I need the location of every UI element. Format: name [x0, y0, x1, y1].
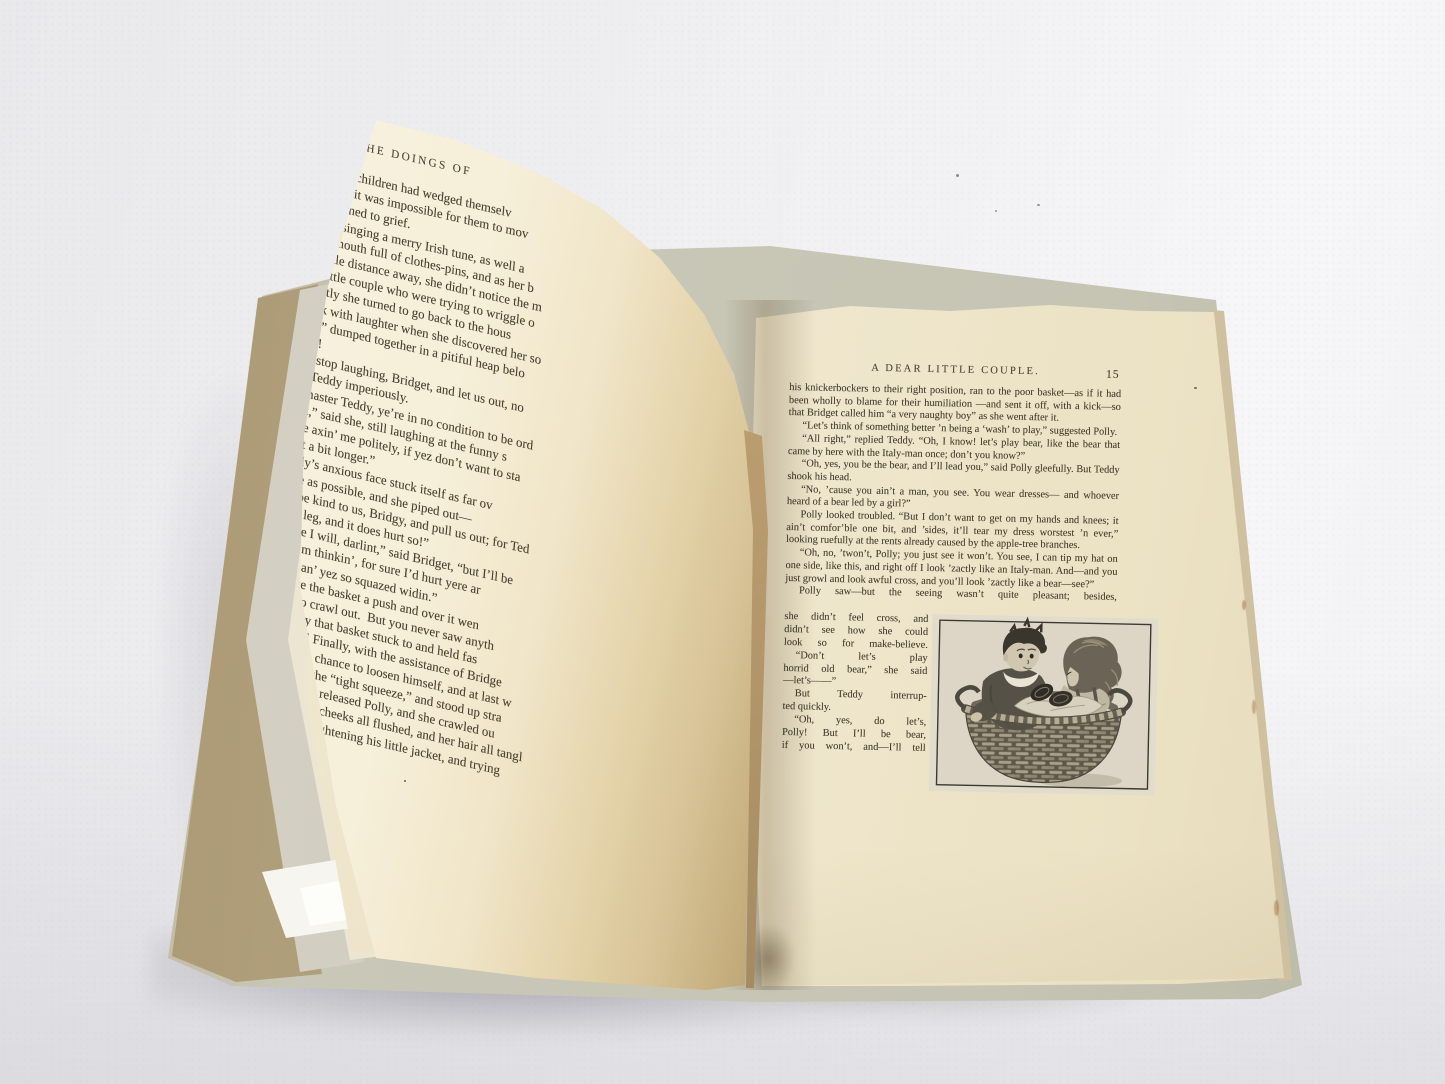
ink-speck [406, 645, 408, 647]
dust-speck [995, 210, 997, 212]
column-line: if you won’t, and—I’ll tell [782, 740, 926, 756]
right-page-text: A DEAR LITTLE COUPLE. 15 his knickerbock… [781, 352, 1122, 795]
narrow-text-column: she didn’t feel cross, anddidn’t see how… [781, 611, 929, 791]
rust-stain [1274, 900, 1279, 916]
right-page-paragraphs: his knickerbockers to their right positi… [785, 382, 1121, 605]
dust-speck [1037, 204, 1040, 206]
ink-speck [1194, 387, 1197, 389]
dust-speck [956, 174, 959, 177]
basket-illustration [929, 614, 1159, 796]
right-page-bottom-section: she didn’t feel cross, anddidn’t see how… [781, 611, 1165, 796]
ink-speck [404, 780, 406, 782]
page-number: 15 [1106, 369, 1120, 381]
photo-of-open-antique-book: { "scene": { "background_color": "#f0f0f… [0, 0, 1445, 1084]
rust-stain [1252, 700, 1256, 714]
rust-stain [1242, 600, 1246, 610]
